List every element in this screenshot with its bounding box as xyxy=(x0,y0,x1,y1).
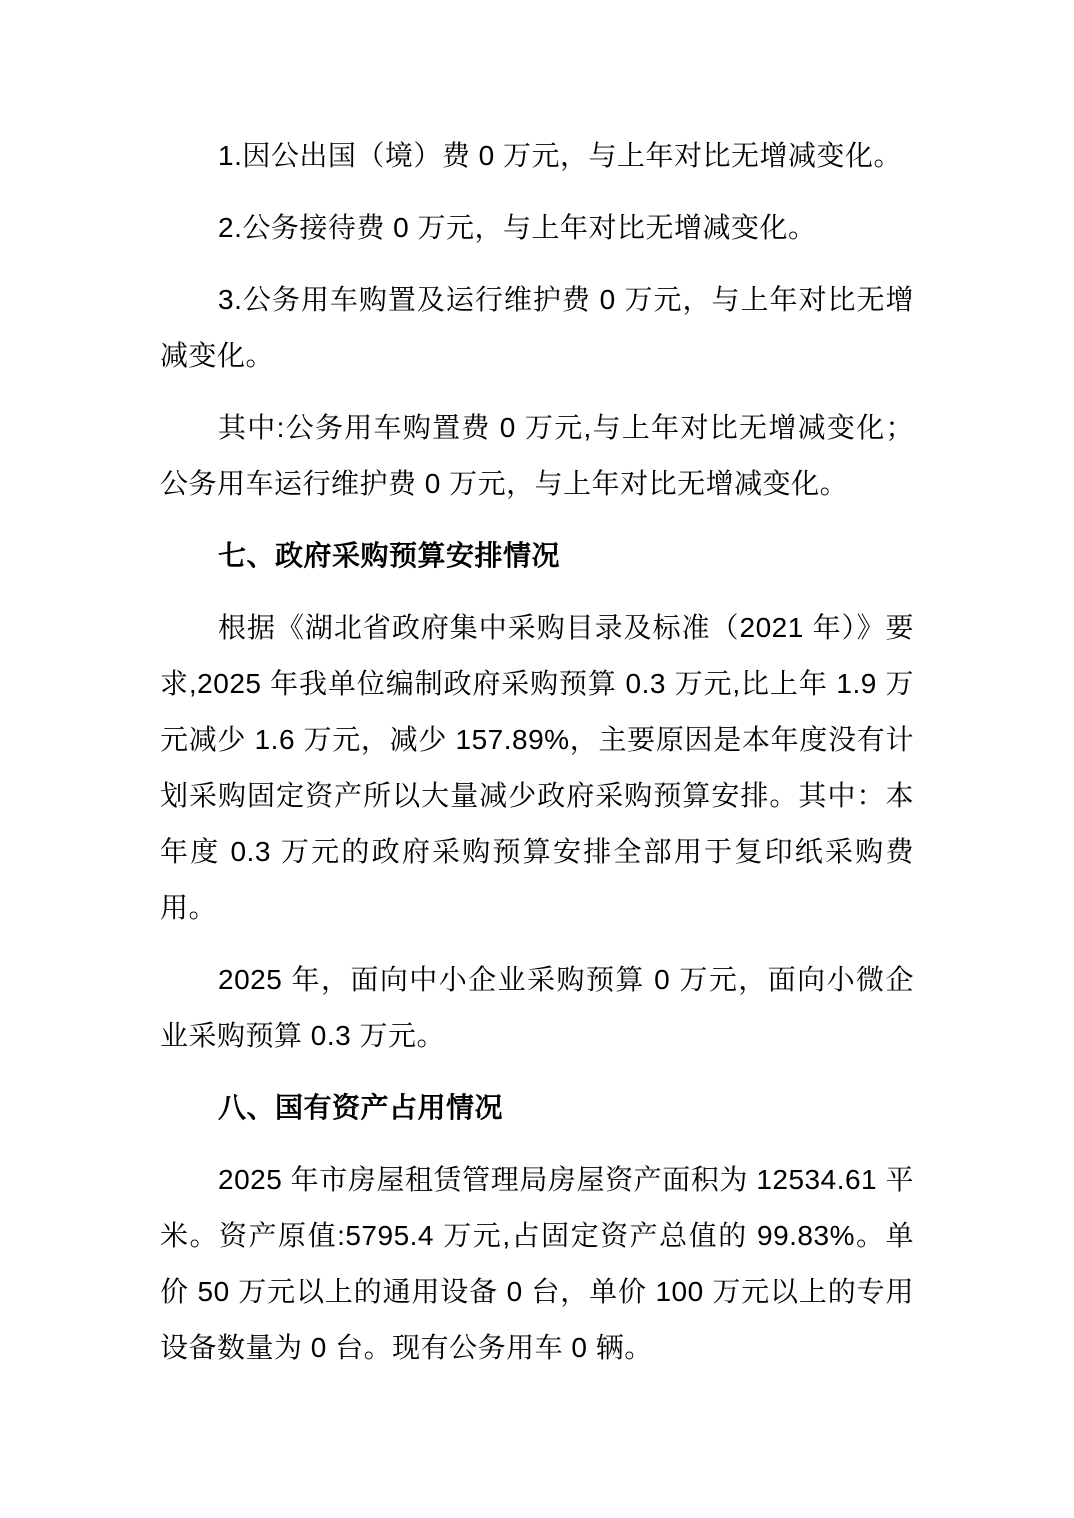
paragraph-overseas-travel-fee: 1.因公出国（境）费 0 万元，与上年对比无增减变化。 xyxy=(160,128,914,184)
paragraph-procurement-budget-detail: 根据《湖北省政府集中采购目录及标准（2021 年）》要求,2025 年我单位编制… xyxy=(160,600,914,936)
document-page: 1.因公出国（境）费 0 万元，与上年对比无增减变化。 2.公务接待费 0 万元… xyxy=(0,0,1074,1518)
section-heading-8-state-assets: 八、国有资产占用情况 xyxy=(160,1080,914,1136)
section-heading-7-procurement-budget: 七、政府采购预算安排情况 xyxy=(160,528,914,584)
paragraph-state-assets-detail: 2025 年市房屋租赁管理局房屋资产面积为 12534.61 平米。资产原值:5… xyxy=(160,1152,914,1376)
paragraph-official-reception-fee: 2.公务接待费 0 万元，与上年对比无增减变化。 xyxy=(160,200,914,256)
paragraph-vehicle-fee-breakdown: 其中:公务用车购置费 0 万元,与上年对比无增减变化；公务用车运行维护费 0 万… xyxy=(160,400,914,512)
paragraph-sme-procurement-budget: 2025 年，面向中小企业采购预算 0 万元，面向小微企业采购预算 0.3 万元… xyxy=(160,952,914,1064)
paragraph-official-vehicle-fee: 3.公务用车购置及运行维护费 0 万元，与上年对比无增减变化。 xyxy=(160,272,914,384)
